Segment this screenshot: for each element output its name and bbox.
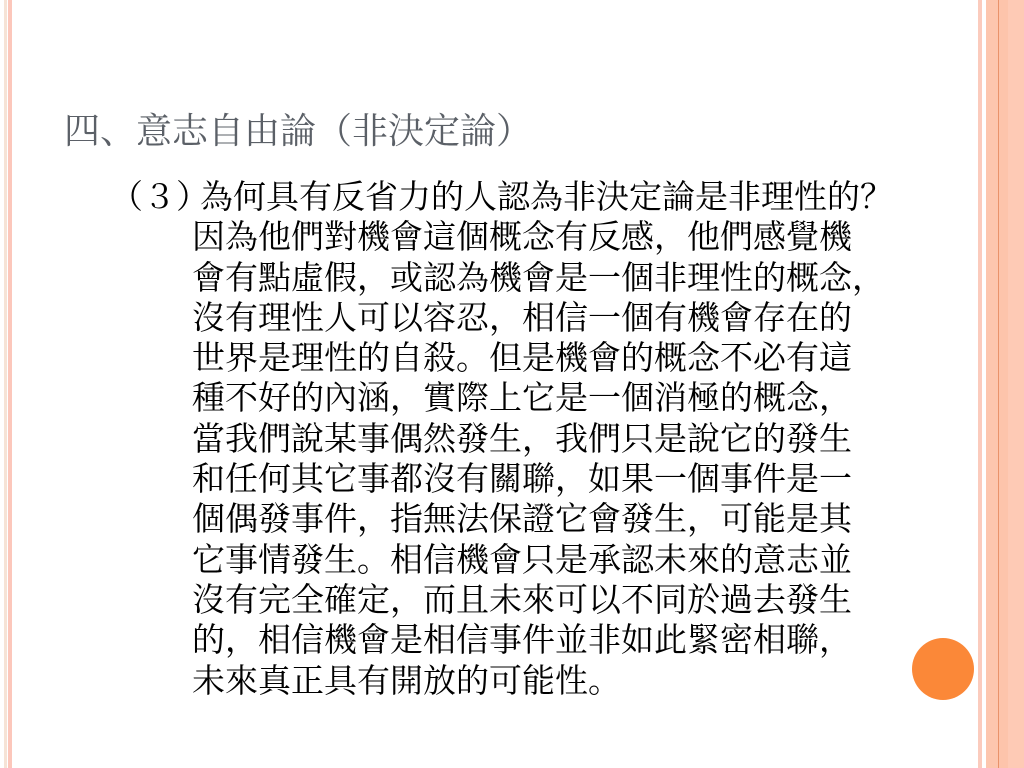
left-stripe-beige	[4, 0, 7, 768]
body-line: 因為他們對機會這個概念有反感，他們感覺機	[110, 217, 950, 257]
body-line: 當我們說某事偶然發生，我們只是說它的發生	[110, 419, 950, 459]
item-marker: （３）	[110, 177, 200, 217]
body-line: 的，相信機會是相信事件並非如此緊密相聯，	[110, 620, 950, 660]
right-stripe-salmon-c	[1008, 0, 1024, 768]
slide-body: （３）為何具有反省力的人認為非決定論是非理性的？ 因為他們對機會這個概念有反感，…	[110, 177, 950, 701]
slide-title: 四、意志自由論（非決定論）	[64, 108, 532, 156]
body-line: 沒有完全確定，而且未來可以不同於過去發生	[110, 580, 950, 620]
body-line: 個偶發事件，指無法保證它會發生，可能是其	[110, 499, 950, 539]
right-stripe-salmon-b	[999, 0, 1008, 768]
body-line: 它事情發生。相信機會只是承認未來的意志並	[110, 540, 950, 580]
body-line: 未來真正具有開放的可能性。	[110, 661, 950, 701]
body-line: 沒有理性人可以容忍，相信一個有機會存在的	[110, 298, 950, 338]
decorative-orange-circle	[912, 638, 974, 700]
body-line: 種不好的內涵，實際上它是一個消極的概念，	[110, 378, 950, 418]
slide: 四、意志自由論（非決定論） （３）為何具有反省力的人認為非決定論是非理性的？ 因…	[0, 0, 1024, 768]
body-line: 和任何其它事都沒有關聯，如果一個事件是一	[110, 459, 950, 499]
right-stripe-salmon-a	[986, 0, 998, 768]
body-line: （３）為何具有反省力的人認為非決定論是非理性的？	[110, 177, 950, 217]
body-line: 世界是理性的自殺。但是機會的概念不必有這	[110, 338, 950, 378]
body-line: 會有點虛假，或認為機會是一個非理性的概念，	[110, 258, 950, 298]
left-stripe-pink	[8, 0, 12, 768]
right-stripe-pink-thin	[978, 0, 982, 768]
